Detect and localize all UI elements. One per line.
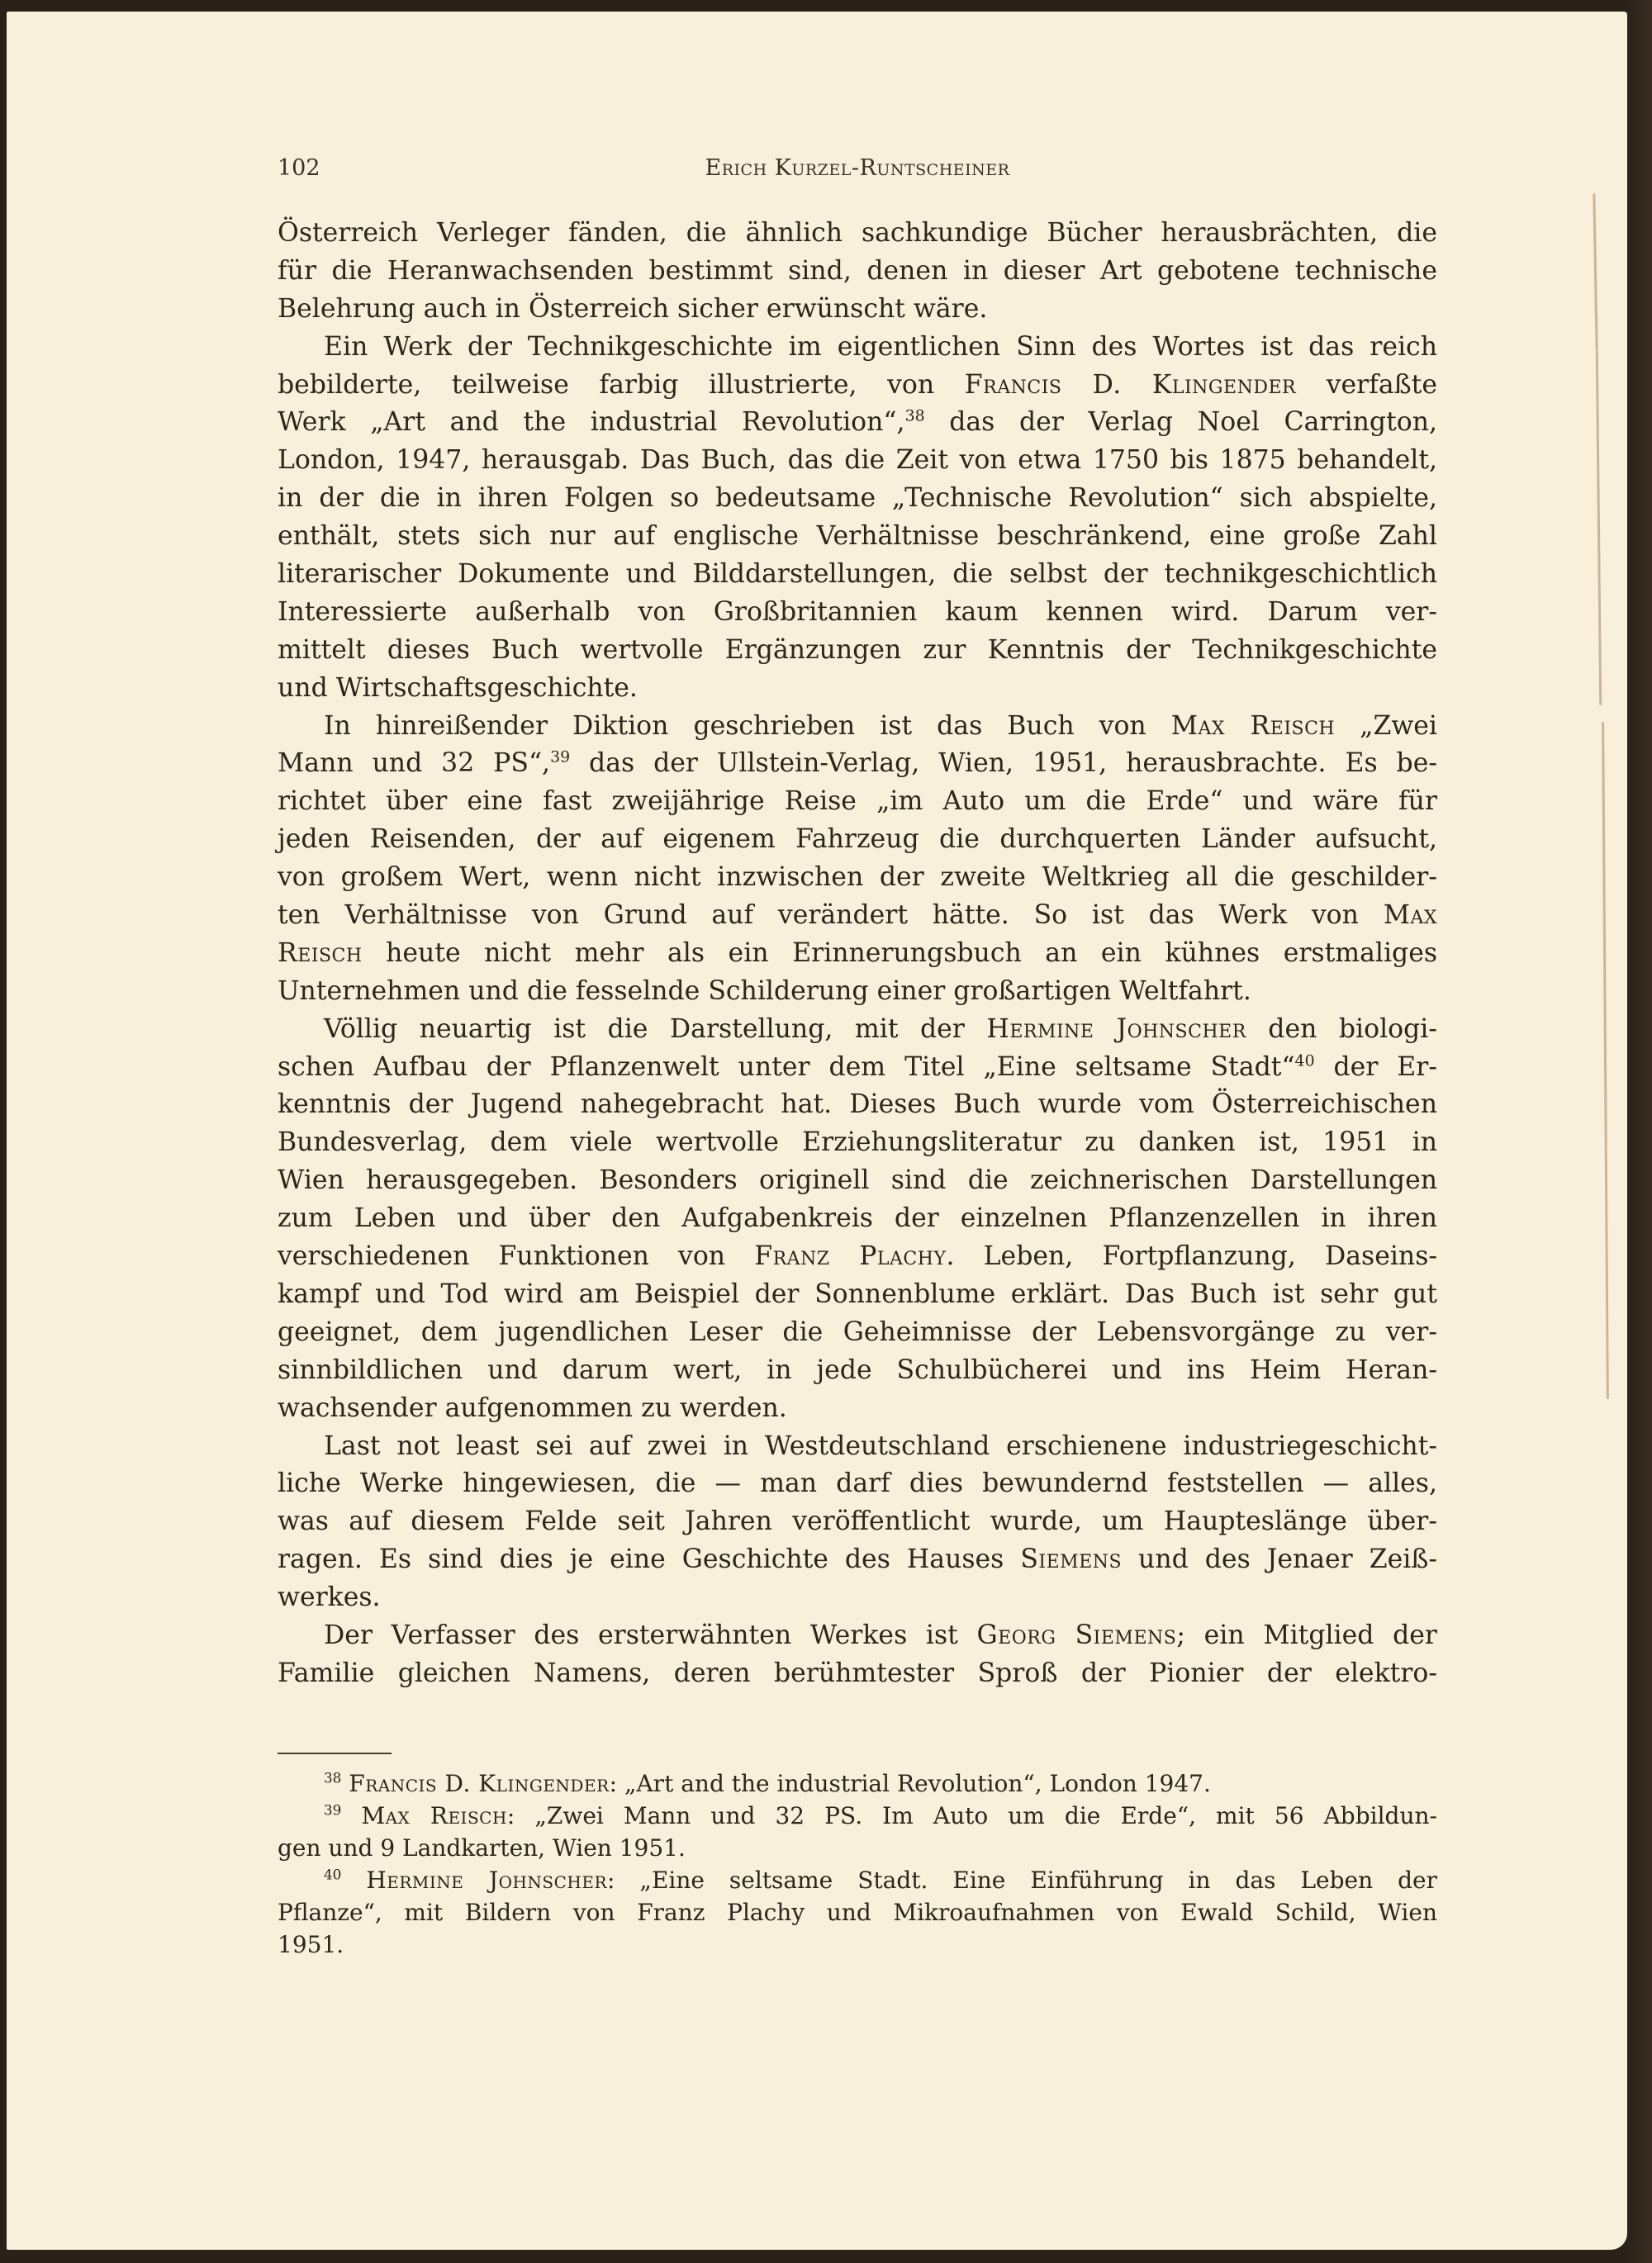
body-line: geeignet, dem jugendlichen Leser die Geh… [278, 1314, 1437, 1352]
body-line: Reisch heute nicht mehr als ein Erinneru… [278, 935, 1437, 973]
text-run: Österreich Verleger fänden, die ähnlich … [278, 218, 1437, 248]
text-run: werkes. [278, 1582, 381, 1612]
page-edge-line-1 [1593, 193, 1597, 350]
body-line: verschiedenen Funktionen von Franz Plach… [278, 1238, 1437, 1276]
text-run: richtet über eine fast zweijährige Reise… [278, 786, 1437, 816]
text-run [341, 1770, 349, 1797]
person-name: Georg Siemens [977, 1620, 1177, 1650]
body-line: werkes. [278, 1579, 1437, 1617]
body-line: In hinreißender Diktion geschrieben ist … [278, 708, 1437, 746]
body-line: kampf und Tod wird am Beispiel der Sonne… [278, 1276, 1437, 1314]
person-name: Hermine Johnscher [986, 1014, 1246, 1044]
person-name: Max [1384, 900, 1437, 930]
body-line: zum Leben und über den Aufgabenkreis der… [278, 1200, 1437, 1238]
body-line: Familie gleichen Namens, deren berühmtes… [278, 1655, 1437, 1693]
body-line: literarischer Dokumente und Bilddarstell… [278, 556, 1437, 594]
body-line: Völlig neuartig ist die Darstellung, mit… [278, 1011, 1437, 1049]
text-run: jeden Reisenden, der auf eigenem Fahrzeu… [278, 824, 1437, 854]
person-name: Siemens [1020, 1544, 1122, 1574]
body-line: Der Verfasser des ersterwähnten Werkes i… [278, 1617, 1437, 1655]
footnote-line: 39 Max Reisch: „Zwei Mann und 32 PS. Im … [278, 1800, 1437, 1832]
person-name: Max Reisch [361, 1802, 506, 1829]
body-line: jeden Reisenden, der auf eigenem Fahrzeu… [278, 821, 1437, 859]
body-line: bebilderte, teilweise farbig illustriert… [278, 367, 1437, 405]
body-line: Interessierte außerhalb von Großbritanni… [278, 594, 1437, 632]
footnote-line: Pflanze“, mit Bildern von Franz Plachy u… [278, 1896, 1437, 1929]
body-line: von großem Wert, wenn nicht inzwischen d… [278, 859, 1437, 897]
running-head: 102 Erich Kurzel-Runtscheiner [278, 155, 1437, 188]
text-run: kenntnis der Jugend nahegebracht hat. Di… [278, 1089, 1437, 1119]
text-run: Pflanze“, mit Bildern von Franz Plachy u… [278, 1899, 1437, 1926]
person-name: Hermine Johnscher [366, 1867, 607, 1894]
text-run: das der Ullstein-Verlag, Wien, 1951, her… [570, 748, 1437, 778]
text-run: enthält, stets sich nur auf englische Ve… [278, 521, 1437, 551]
body-line: Werk „Art and the industrial Revolution“… [278, 404, 1437, 442]
text-run: schen Aufbau der Pflanzenwelt unter dem … [278, 1052, 1295, 1082]
text-run: Familie gleichen Namens, deren berühmtes… [278, 1658, 1437, 1688]
body-text: Österreich Verleger fänden, die ähnlich … [278, 215, 1437, 1693]
person-name: Reisch [278, 938, 363, 968]
body-line: Belehrung auch in Österreich sicher erwü… [278, 291, 1437, 329]
text-run: geeignet, dem jugendlichen Leser die Geh… [278, 1317, 1437, 1347]
person-name: Francis D. Klingender [349, 1770, 609, 1797]
text-run: kampf und Tod wird am Beispiel der Sonne… [278, 1279, 1437, 1309]
text-run: Belehrung auch in Österreich sicher erwü… [278, 294, 987, 324]
text-run: Ein Werk der Technikgeschichte im eigent… [324, 332, 1437, 362]
scan-border-right [1627, 0, 1652, 2263]
text-run: liche Werke hingewiesen, die — man darf … [278, 1468, 1437, 1498]
text-run: Bundesverlag, dem viele wertvolle Erzieh… [278, 1127, 1437, 1157]
body-line: richtet über eine fast zweijährige Reise… [278, 783, 1437, 821]
footnote-marker: 40 [324, 1867, 341, 1883]
text-run: 1951. [278, 1931, 344, 1958]
text-run: verschiedenen Funktionen von [278, 1241, 754, 1271]
text-run: das der Verlag Noel Carrington, [925, 407, 1437, 437]
body-line: London, 1947, herausgab. Das Buch, das d… [278, 442, 1437, 480]
body-line: Ein Werk der Technikgeschichte im eigent… [278, 329, 1437, 367]
text-run: Werk „Art and the industrial Revolution“… [278, 407, 905, 437]
footnote-line: gen und 9 Landkarten, Wien 1951. [278, 1832, 1437, 1864]
footnote-marker: 38 [324, 1770, 341, 1786]
body-line: ten Verhältnisse von Grund auf verändert… [278, 897, 1437, 935]
text-run: Der Verfasser des ersterwähnten Werkes i… [324, 1620, 977, 1650]
text-run: und des Jenaer Zeiß- [1122, 1544, 1437, 1574]
text-run: verfaßte [1296, 370, 1437, 400]
text-run: Unternehmen und die fesselnde Schilderun… [278, 976, 1251, 1006]
text-run: : „Art and the industrial Revolution“, L… [610, 1770, 1211, 1797]
body-line: in der die in ihren Folgen so bedeutsame… [278, 480, 1437, 518]
text-run: ; ein Mitglied der [1176, 1620, 1437, 1650]
text-run: den biologi- [1246, 1014, 1437, 1044]
text-run: : „Zwei Mann und 32 PS. Im Auto um die E… [507, 1802, 1437, 1829]
text-run: heute nicht mehr als ein Erinnerungsbuch… [363, 938, 1437, 968]
text-run: : „Eine seltsame Stadt. Eine Einführung … [607, 1867, 1437, 1894]
footnote-line: 1951. [278, 1929, 1437, 1961]
text-run: sinnbildlichen und darum wert, in jede S… [278, 1355, 1437, 1385]
footnote-marker: 38 [905, 407, 925, 425]
body-line: was auf diesem Felde seit Jahren veröffe… [278, 1503, 1437, 1541]
text-run: Last not least sei auf zwei in Westdeuts… [324, 1431, 1437, 1461]
footnote-rule [278, 1753, 392, 1754]
text-run: literarischer Dokumente und Bilddarstell… [278, 559, 1437, 589]
footnote-line: 38 Francis D. Klingender: „Art and the i… [278, 1767, 1437, 1800]
body-line: Bundesverlag, dem viele wertvolle Erzieh… [278, 1124, 1437, 1162]
text-run: gen und 9 Landkarten, Wien 1951. [278, 1834, 686, 1862]
body-line: kenntnis der Jugend nahegebracht hat. Di… [278, 1086, 1437, 1124]
footnote-marker: 40 [1295, 1051, 1315, 1070]
text-run: wachsender aufgenommen zu werden. [278, 1393, 787, 1423]
running-head-author: Erich Kurzel-Runtscheiner [278, 155, 1437, 181]
text-run: für die Heranwachsenden bestimmt sind, d… [278, 256, 1437, 286]
body-line: Last not least sei auf zwei in Westdeuts… [278, 1428, 1437, 1466]
body-line: und Wirtschaftsgeschichte. [278, 670, 1437, 708]
body-line: schen Aufbau der Pflanzenwelt unter dem … [278, 1049, 1437, 1087]
page-edge-line-3 [1602, 722, 1609, 1399]
text-run: In hinreißender Diktion geschrieben ist … [324, 711, 1171, 741]
text-run: . Leben, Fortpflanzung, Daseins- [946, 1241, 1437, 1271]
text-run [341, 1867, 366, 1894]
text-run: was auf diesem Felde seit Jahren veröffe… [278, 1506, 1437, 1536]
text-run: ten Verhältnisse von Grund auf verändert… [278, 900, 1384, 930]
body-line: Österreich Verleger fänden, die ähnlich … [278, 215, 1437, 253]
text-run: Interessierte außerhalb von Großbritanni… [278, 597, 1437, 627]
body-line: für die Heranwachsenden bestimmt sind, d… [278, 253, 1437, 291]
text-run: von großem Wert, wenn nicht inzwischen d… [278, 862, 1437, 892]
page-edge-line-2 [1596, 350, 1602, 705]
text-run: mittelt dieses Buch wertvolle Ergänzunge… [278, 635, 1437, 665]
text-run: in der die in ihren Folgen so bedeutsame… [278, 483, 1437, 513]
body-line: liche Werke hingewiesen, die — man darf … [278, 1465, 1437, 1503]
text-run: London, 1947, herausgab. Das Buch, das d… [278, 445, 1437, 475]
text-run: Wien herausgegeben. Besonders originell … [278, 1165, 1437, 1195]
body-line: mittelt dieses Buch wertvolle Ergänzunge… [278, 632, 1437, 670]
body-line: Wien herausgegeben. Besonders originell … [278, 1162, 1437, 1200]
text-run: bebilderte, teilweise farbig illustriert… [278, 370, 965, 400]
body-line: wachsender aufgenommen zu werden. [278, 1390, 1437, 1428]
footnote-marker: 39 [550, 748, 570, 766]
person-name: Francis D. Klingender [965, 370, 1296, 400]
text-run: zum Leben und über den Aufgabenkreis der… [278, 1203, 1437, 1233]
text-run: Völlig neuartig ist die Darstellung, mit… [324, 1014, 986, 1044]
text-run: „Zwei [1335, 711, 1437, 741]
footnotes: 38 Francis D. Klingender: „Art and the i… [278, 1767, 1437, 1961]
footnote-marker: 39 [324, 1802, 341, 1819]
text-run [341, 1802, 361, 1829]
body-line: Mann und 32 PS“,39 das der Ullstein-Verl… [278, 745, 1437, 783]
text-run: und Wirtschaftsgeschichte. [278, 673, 638, 703]
text-run: ragen. Es sind dies je eine Geschichte d… [278, 1544, 1020, 1574]
body-line: ragen. Es sind dies je eine Geschichte d… [278, 1541, 1437, 1579]
body-line: Unternehmen und die fesselnde Schilderun… [278, 973, 1437, 1011]
body-line: sinnbildlichen und darum wert, in jede S… [278, 1352, 1437, 1390]
text-run: der Er- [1315, 1052, 1437, 1082]
body-line: enthält, stets sich nur auf englische Ve… [278, 518, 1437, 556]
person-name: Max Reisch [1171, 711, 1335, 741]
text-run: Mann und 32 PS“, [278, 748, 550, 778]
footnote-line: 40 Hermine Johnscher: „Eine seltsame Sta… [278, 1864, 1437, 1896]
person-name: Franz Plachy [754, 1241, 946, 1271]
